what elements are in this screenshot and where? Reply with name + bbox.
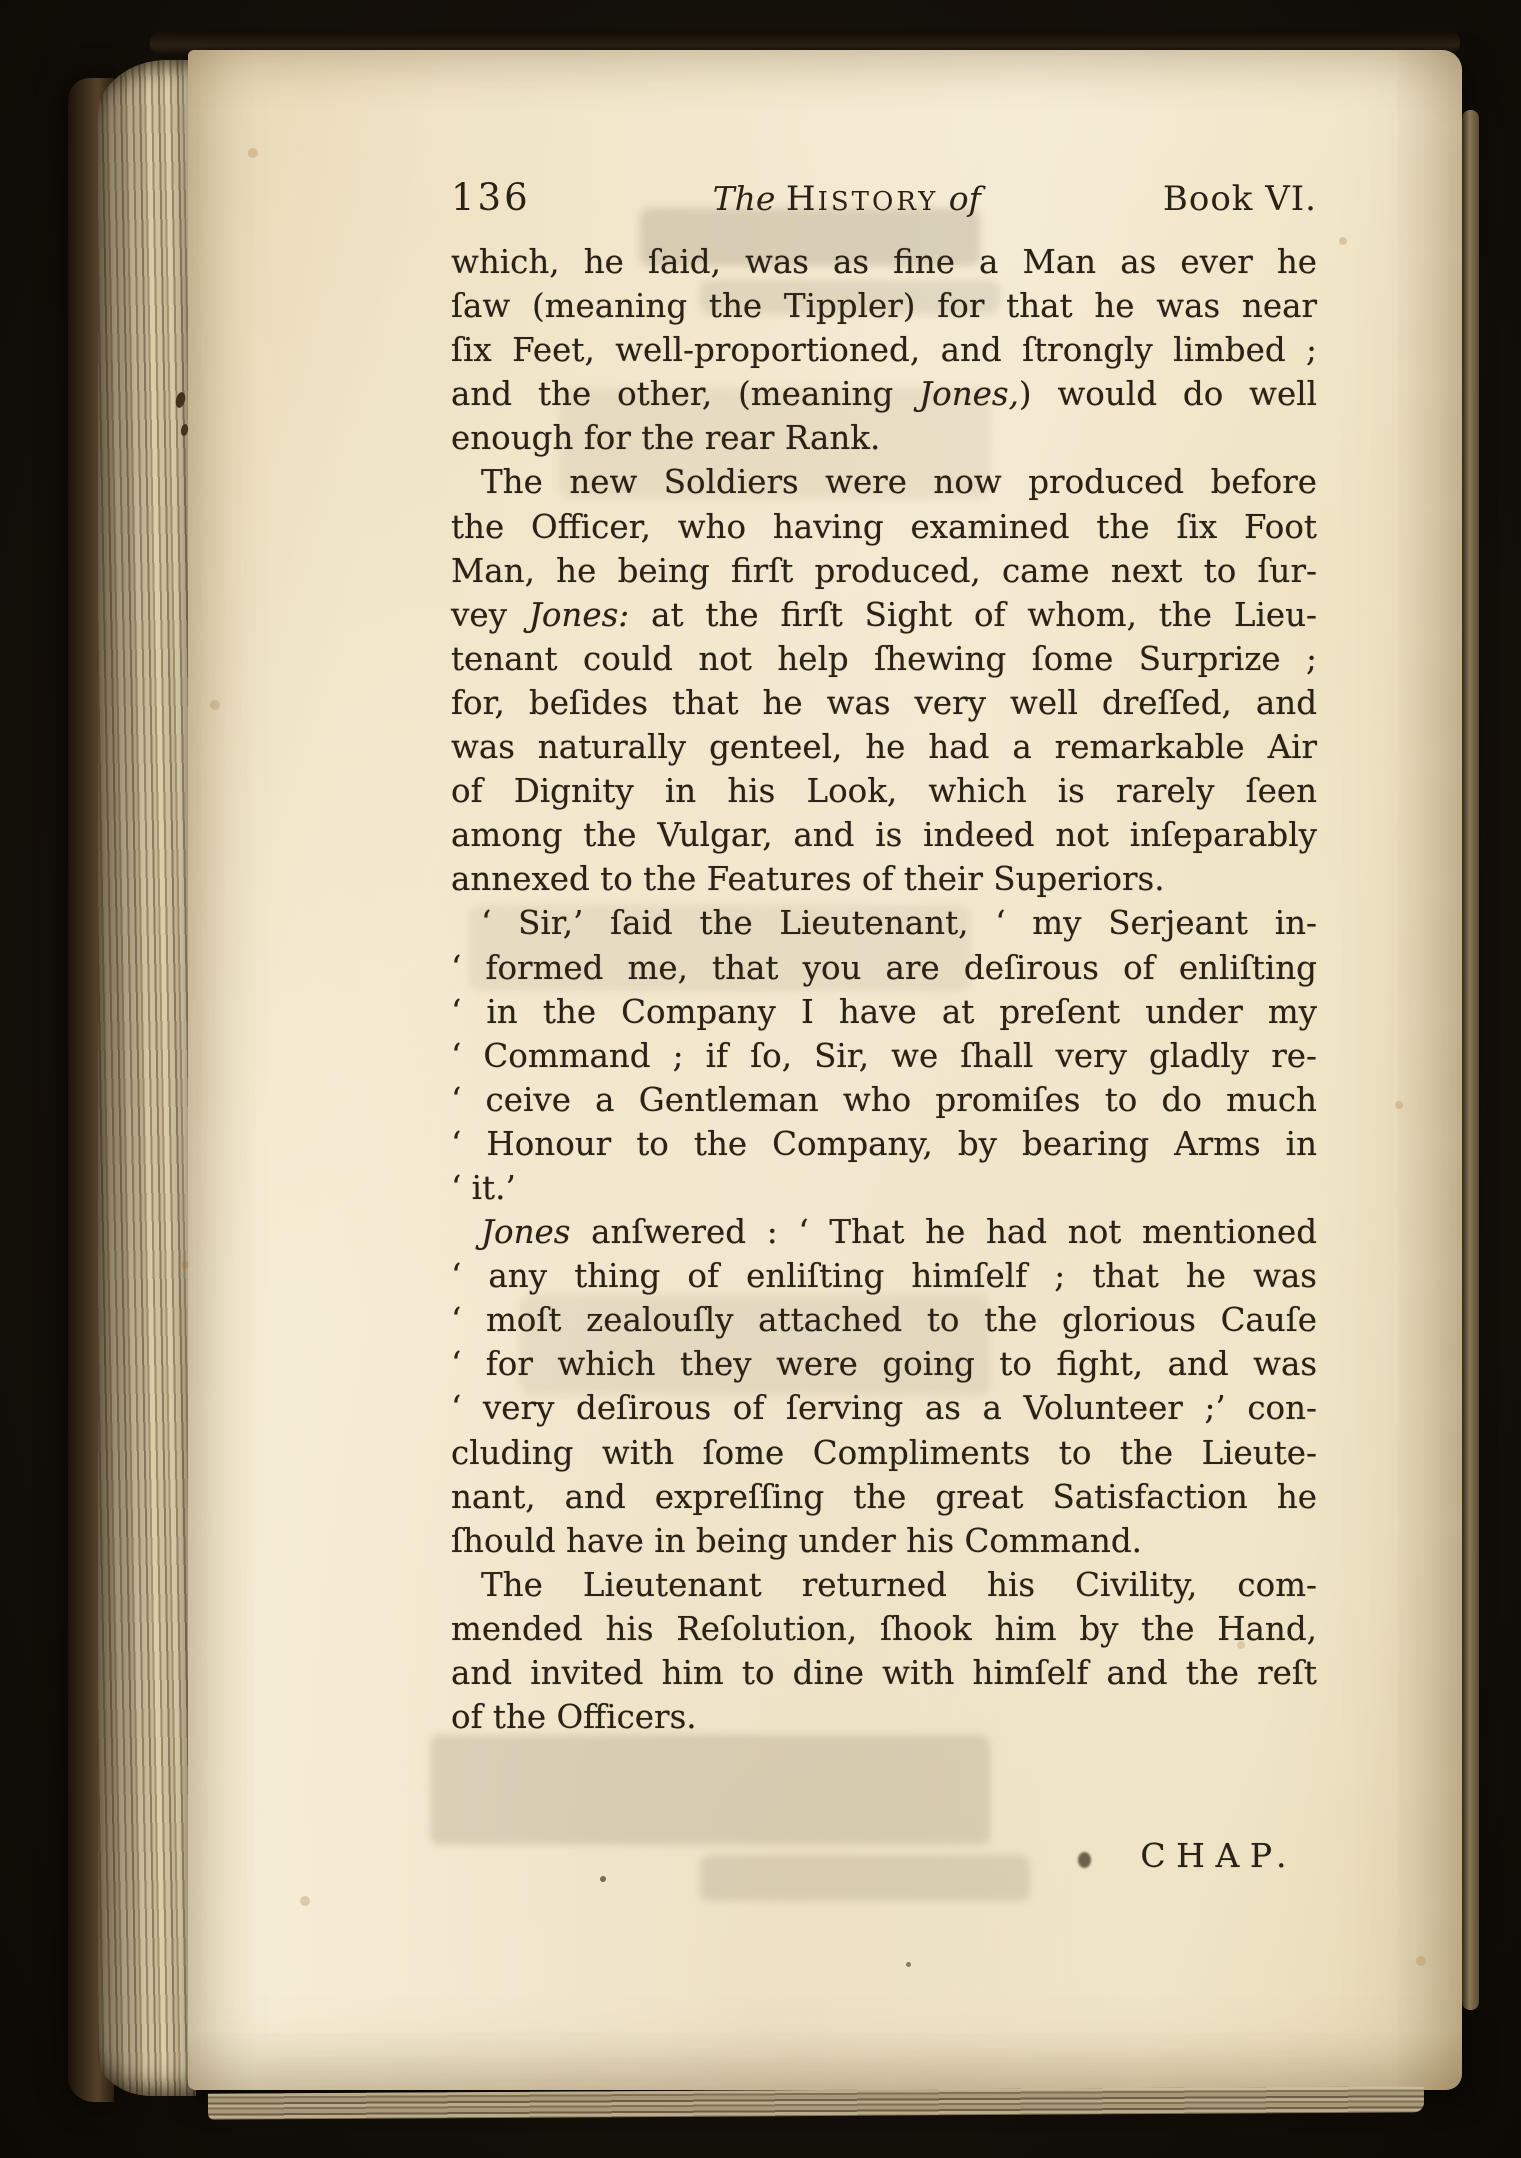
title-of: of <box>949 179 981 218</box>
text-line: The new Soldiers were now produced befor… <box>451 460 1317 504</box>
text-line: annexed to the Features of their Superio… <box>451 857 1317 901</box>
text-line: was naturally genteel, he had a remarkab… <box>451 725 1317 769</box>
text-line: Man, he being firſt produced, came next … <box>451 549 1317 593</box>
text-line: ‘ moſt zealouſly attached to the gloriou… <box>451 1298 1317 1342</box>
text-line: and invited him to dine with himſelf and… <box>451 1651 1317 1695</box>
text-line: The Lieutenant returned his Civility, co… <box>451 1563 1317 1607</box>
text-line: the Officer, who having examined the ſix… <box>451 505 1317 549</box>
text-line: for, beſides that he was very well dreſſ… <box>451 681 1317 725</box>
text-line: mended his Reſolution, ſhook him by the … <box>451 1607 1317 1651</box>
text-line: enough for the rear Rank. <box>451 416 1317 460</box>
text-line: ‘ formed me, that you are deſirous of en… <box>451 946 1317 990</box>
text-line: which, he ſaid, was as fine a Man as eve… <box>451 240 1317 284</box>
book-scan: 136 The HISTORY of Book VI. which, he ſa… <box>0 0 1521 2158</box>
text-line: ‘ Honour to the Company, by bearing Arms… <box>451 1122 1317 1166</box>
text-line: and the other, (meaning Jones,) would do… <box>451 372 1317 416</box>
text-line: ‘ Command ; if ſo, Sir, we ſhall very gl… <box>451 1034 1317 1078</box>
text-line: of the Officers. <box>451 1695 1317 1739</box>
text-line: ‘ any thing of enliſting himſelf ; that … <box>451 1254 1317 1298</box>
page-bottom-edges <box>208 2086 1424 2119</box>
page-fore-edges <box>98 60 196 2096</box>
text-line: ‘ for which they were going to fight, an… <box>451 1342 1317 1386</box>
text-line: ‘ in the Company I have at preſent under… <box>451 990 1317 1034</box>
text-line: ſix Feet, well-proportioned, and ſtrongl… <box>451 328 1317 372</box>
book-number: Book VI. <box>1163 179 1317 219</box>
title-the: The <box>713 179 776 218</box>
text-line: ſaw (meaning the Tippler) for that he wa… <box>451 284 1317 328</box>
title-history-rest: ISTORY <box>818 187 939 217</box>
bleed-through-smudge <box>430 1735 990 1845</box>
running-header: 136 The HISTORY of Book VI. <box>451 176 1317 219</box>
text-line: ‘ ceive a Gentleman who promiſes to do m… <box>451 1078 1317 1122</box>
text-line: cluding with ſome Compliments to the Lie… <box>451 1431 1317 1475</box>
page-body: which, he ſaid, was as fine a Man as eve… <box>451 240 1317 1739</box>
text-line: ‘ very deſirous of ſerving as a Voluntee… <box>451 1386 1317 1430</box>
text-line: nant, and expreſſing the great Satisfact… <box>451 1475 1317 1519</box>
facing-page-edge <box>1462 110 1479 2010</box>
text-line: tenant could not help ſhewing ſome Surpr… <box>451 637 1317 681</box>
text-line: Jones anſwered : ‘ That he had not menti… <box>451 1210 1317 1254</box>
text-line: ‘ it.’ <box>451 1166 1317 1210</box>
text-line: vey Jones: at the firſt Sight of whom, t… <box>451 593 1317 637</box>
text-line: ſhould have in being under his Command. <box>451 1519 1317 1563</box>
foxing-spots <box>0 0 6 6</box>
title-history-initial: H <box>786 179 818 219</box>
text-line: among the Vulgar, and is indeed not inſe… <box>451 813 1317 857</box>
catchword: CHAP. <box>451 1836 1297 1875</box>
ink-speck <box>600 1876 606 1882</box>
text-line: ‘ Sir,’ ſaid the Lieutenant, ‘ my Serjea… <box>451 901 1317 945</box>
running-title: The HISTORY of <box>713 179 981 219</box>
page-number: 136 <box>451 176 531 219</box>
text-line: of Dignity in his Look, which is rarely … <box>451 769 1317 813</box>
ink-speck <box>906 1962 911 1967</box>
